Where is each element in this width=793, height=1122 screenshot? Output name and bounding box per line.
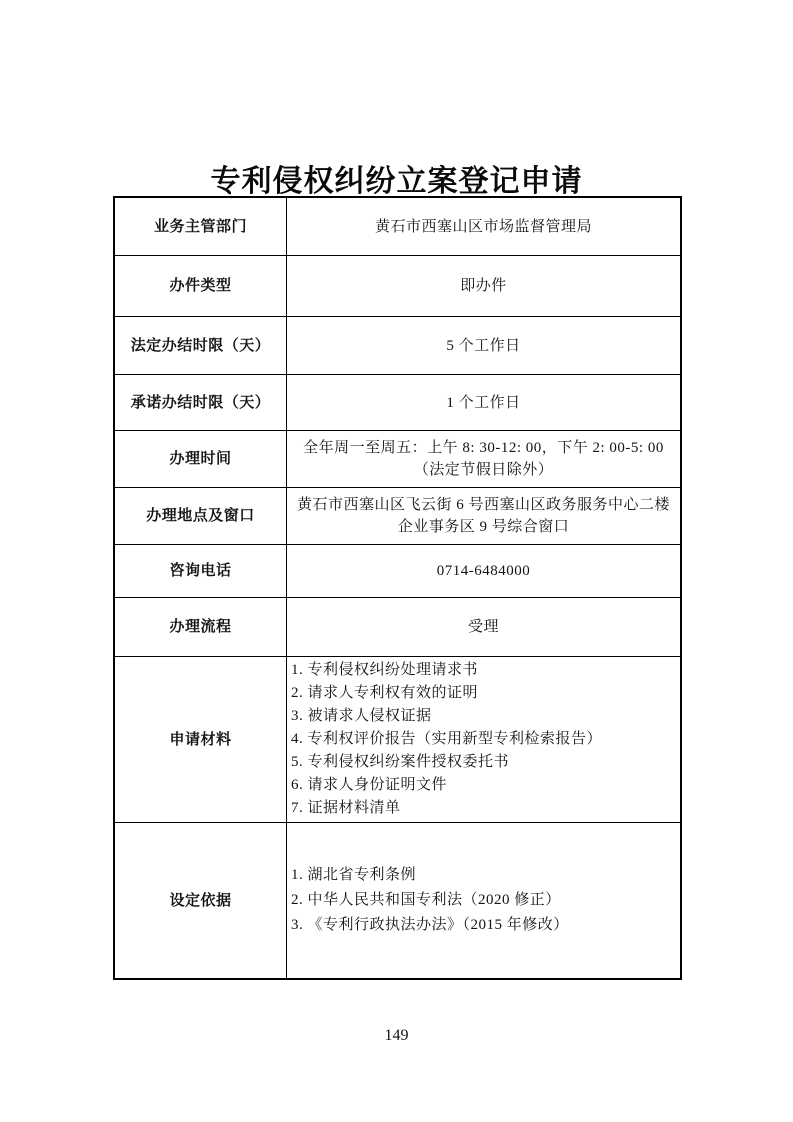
row-value-item-type: 即办件 xyxy=(287,256,682,317)
row-label-legal-basis: 设定依据 xyxy=(114,823,287,980)
row-label-competent-department: 业务主管部门 xyxy=(114,197,287,256)
row-label-item-type: 办件类型 xyxy=(114,256,287,317)
row-label-location-window: 办理地点及窗口 xyxy=(114,488,287,545)
table-row: 业务主管部门 黄石市西塞山区市场监督管理局 xyxy=(114,197,681,256)
service-info-table: 业务主管部门 黄石市西塞山区市场监督管理局 办件类型 即办件 法定办结时限（天）… xyxy=(113,196,682,980)
row-value-application-materials: 1. 专利侵权纠纷处理请求书 2. 请求人专利权有效的证明 3. 被请求人侵权证… xyxy=(287,657,682,823)
row-value-location-window: 黄石市西塞山区飞云街 6 号西塞山区政务服务中心二楼企业事务区 9 号综合窗口 xyxy=(287,488,682,545)
table-row: 设定依据 1. 湖北省专利条例 2. 中华人民共和国专利法（2020 修正） 3… xyxy=(114,823,681,980)
table-row: 咨询电话 0714-6484000 xyxy=(114,545,681,598)
row-value-competent-department: 黄石市西塞山区市场监督管理局 xyxy=(287,197,682,256)
table-row: 申请材料 1. 专利侵权纠纷处理请求书 2. 请求人专利权有效的证明 3. 被请… xyxy=(114,657,681,823)
row-value-promised-time-limit: 1 个工作日 xyxy=(287,375,682,431)
row-label-phone: 咨询电话 xyxy=(114,545,287,598)
document-page: 专利侵权纠纷立案登记申请 业务主管部门 黄石市西塞山区市场监督管理局 办件类型 … xyxy=(0,0,793,1122)
row-value-legal-basis: 1. 湖北省专利条例 2. 中华人民共和国专利法（2020 修正） 3. 《专利… xyxy=(287,823,682,980)
table-row: 办件类型 即办件 xyxy=(114,256,681,317)
table-row: 承诺办结时限（天） 1 个工作日 xyxy=(114,375,681,431)
table-row: 办理地点及窗口 黄石市西塞山区飞云街 6 号西塞山区政务服务中心二楼企业事务区 … xyxy=(114,488,681,545)
row-value-office-hours: 全年周一至周五：上午 8: 30-12: 00，下午 2: 00-5: 00（法… xyxy=(287,431,682,488)
row-value-phone: 0714-6484000 xyxy=(287,545,682,598)
row-label-application-materials: 申请材料 xyxy=(114,657,287,823)
table-row: 办理流程 受理 xyxy=(114,598,681,657)
page-title: 专利侵权纠纷立案登记申请 xyxy=(0,156,793,200)
row-label-office-hours: 办理时间 xyxy=(114,431,287,488)
row-label-statutory-time-limit: 法定办结时限（天） xyxy=(114,317,287,375)
page-number: 149 xyxy=(0,1027,793,1045)
row-label-process: 办理流程 xyxy=(114,598,287,657)
row-value-process: 受理 xyxy=(287,598,682,657)
row-value-statutory-time-limit: 5 个工作日 xyxy=(287,317,682,375)
table-row: 法定办结时限（天） 5 个工作日 xyxy=(114,317,681,375)
table-row: 办理时间 全年周一至周五：上午 8: 30-12: 00，下午 2: 00-5:… xyxy=(114,431,681,488)
row-label-promised-time-limit: 承诺办结时限（天） xyxy=(114,375,287,431)
